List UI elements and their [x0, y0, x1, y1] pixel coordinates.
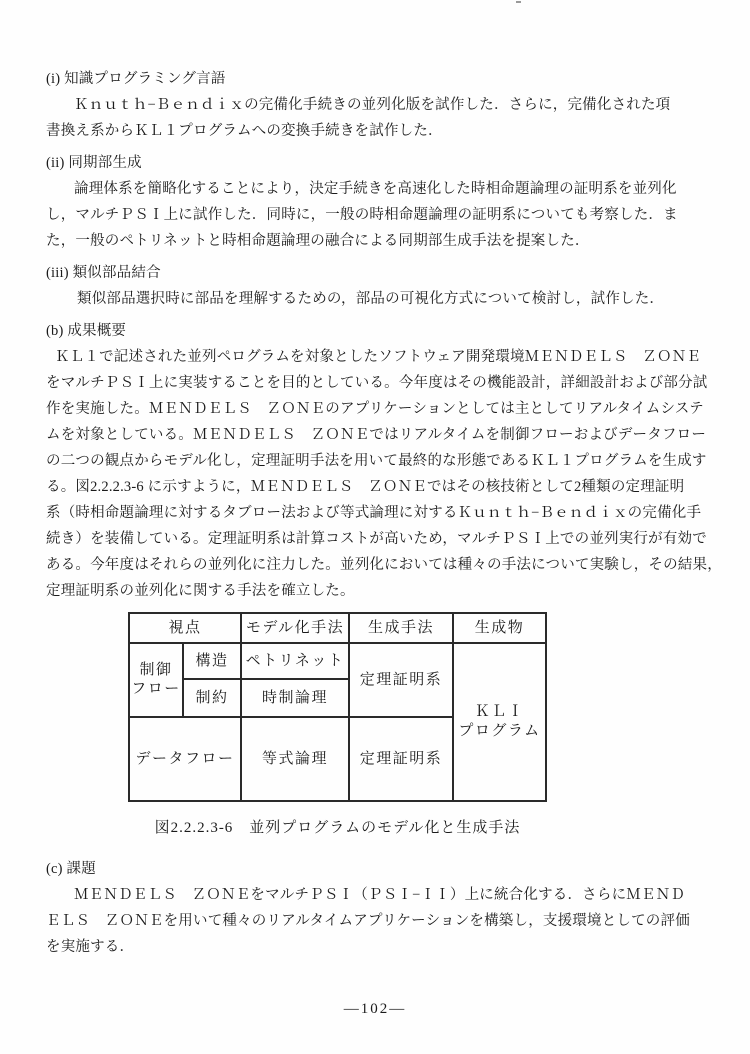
header-generation-method: 生成手法 — [349, 613, 453, 643]
section-i: (i) 知識プログラミング言語 Ｋｎｕｔｈ−Ｂｅｎｄｉｘの完備化手続きの並列化版… — [46, 66, 710, 144]
cell-timed-logic: 時制論理 — [241, 679, 349, 717]
section-b-heading: (b) 成果概要 — [46, 318, 710, 344]
header-viewpoint: 視点 — [129, 613, 241, 643]
text-line: ある。今年度はそれらの並列化に注力した。並列化においては種々の手法について実験し… — [46, 552, 710, 578]
cell-control-flow: 制御 フロー — [129, 643, 183, 717]
section-i-heading: (i) 知識プログラミング言語 — [46, 66, 710, 92]
cell-petri-net: ペトリネット — [241, 643, 349, 679]
text-line: Ｋｎｕｔｈ−Ｂｅｎｄｉｘの完備化手続きの並列化版を試作した．さらに，完備化された… — [46, 92, 710, 118]
section-ii: (ii) 同期部生成 論理体系を簡略化することにより，決定手続きを高速化した時相… — [46, 150, 710, 254]
text-line: 論理体系を簡略化することにより，決定手続きを高速化した時相命題論理の証明系を並列… — [46, 176, 710, 202]
cell-constraint: 制約 — [183, 679, 241, 717]
text-line: 続き）を装備している。定理証明系は計算コストが高いため，マルチＰＳＩ上での並列実… — [46, 526, 710, 552]
header-product: 生成物 — [453, 613, 546, 643]
section-c-heading: (c) 課題 — [46, 856, 710, 882]
section-iii-heading: (iii) 類似部品結合 — [46, 260, 710, 286]
text-line: 系（時相命題論理に対するタブロー法および等式論理に対するＫｕｎｔｈ−Ｂｅｎｄｉｘ… — [46, 500, 710, 526]
cell-structure: 構造 — [183, 643, 241, 679]
cell-theorem-prover-bottom: 定理証明系 — [349, 717, 453, 801]
text-line: 定理証明系の並列化に関する手法を確立した。 — [46, 578, 710, 604]
text-line: ＥＬＳ ＺＯＮＥを用いて種々のリアルタイムアプリケーションを構築し，支援環境とし… — [46, 908, 710, 934]
cell-kl1-program: ＫＬＩ プログラム — [453, 643, 546, 801]
header-modeling-method: モデル化手法 — [241, 613, 349, 643]
section-c: (c) 課題 ＭＥＮＤＥＬＳ ＺＯＮＥをマルチＰＳＩ（ＰＳＩ−ＩＩ）上に統合化す… — [46, 856, 710, 960]
text-line: をマルチＰＳＩ上に実装することを目的としている。今年度はその機能設計，詳細設計お… — [46, 370, 710, 396]
text-line: る。図2.2.2.3-6 に示すように，ＭＥＮＤＥＬＳ ＺＯＮＥではその核技術と… — [46, 474, 710, 500]
text-line: を実施する． — [46, 934, 710, 960]
cell-equational-logic: 等式論理 — [241, 717, 349, 801]
cell-data-flow: データフロー — [129, 717, 241, 801]
figure-caption: 図2.2.2.3-6 並列プログラムのモデル化と生成手法 — [128, 816, 547, 840]
figure-2-2-2-3-6: 視点 モデル化手法 生成手法 生成物 制御 フロー 構造 ペトリネット 定理証明… — [128, 612, 549, 840]
text-line: た，一般のペトリネットと時相命題論理の融合による同期部生成手法を提案した． — [46, 228, 710, 254]
text-line: の二つの観点からモデル化し，定理証明手法を用いて最終的な形態であるＫＬ１プログラ… — [46, 448, 710, 474]
text-line: ＭＥＮＤＥＬＳ ＺＯＮＥをマルチＰＳＩ（ＰＳＩ−ＩＩ）上に統合化する．さらにＭＥ… — [46, 882, 710, 908]
scan-speck — [516, 1, 521, 3]
section-ii-heading: (ii) 同期部生成 — [46, 150, 710, 176]
section-b: (b) 成果概要 ＫＬ１で記述された並列ペログラムを対象としたソフトウェア開発環… — [46, 318, 710, 604]
model-generation-table: 視点 モデル化手法 生成手法 生成物 制御 フロー 構造 ペトリネット 定理証明… — [128, 612, 547, 802]
page-number: —102— — [0, 1001, 750, 1018]
cell-theorem-prover-top: 定理証明系 — [349, 643, 453, 717]
text-line: ＫＬ１で記述された並列ペログラムを対象としたソフトウェア開発環境ＭＥＮＤＥＬＳ … — [46, 344, 710, 370]
text-line: 作を実施した。ＭＥＮＤＥＬＳ ＺＯＮＥのアプリケーションとしては主としてリアルタ… — [46, 396, 710, 422]
text-line: ムを対象としている。ＭＥＮＤＥＬＳ ＺＯＮＥではリアルタイムを制御フローおよびデ… — [46, 422, 710, 448]
text-line: 類似部品選択時に部品を理解するための，部品の可視化方式について検討し，試作した． — [46, 286, 710, 312]
section-iii: (iii) 類似部品結合 類似部品選択時に部品を理解するための，部品の可視化方式… — [46, 260, 710, 312]
text-line: し，マルチＰＳＩ上に試作した．同時に，一般の時相命題論理の証明系についても考察し… — [46, 202, 710, 228]
document-page: (i) 知識プログラミング言語 Ｋｎｕｔｈ−Ｂｅｎｄｉｘの完備化手続きの並列化版… — [0, 0, 750, 1054]
text-line: 書換え系からＫＬ１プログラムへの変換手続きを試作した． — [46, 118, 710, 144]
